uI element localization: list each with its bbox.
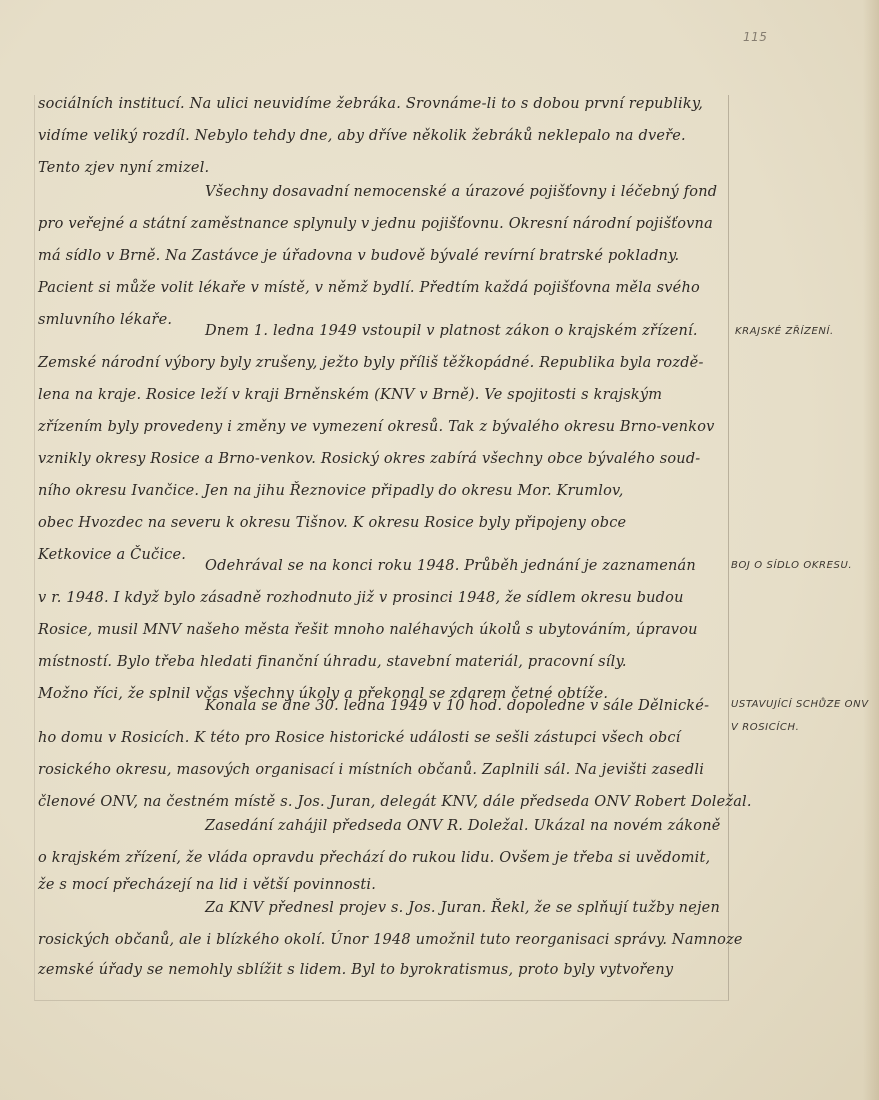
chronicle-page: 115 sociálních institucí. Na ulici neuvi…	[0, 0, 879, 1100]
handwritten-line: zřízením byly provedeny i změny ve vymez…	[38, 419, 715, 435]
handwritten-line: Zemské národní výbory byly zrušeny, ježt…	[38, 355, 704, 371]
margin-note: Krajské zřízení.	[735, 326, 834, 337]
handwritten-line: členové ONV, na čestném místě s. Jos. Ju…	[38, 794, 752, 810]
handwritten-line: smluvního lékaře.	[38, 312, 172, 328]
handwritten-line: Všechny dosavadní nemocenské a úrazové p…	[205, 184, 717, 200]
margin-note: v Rosicích.	[731, 722, 799, 733]
handwritten-line: že s mocí přecházejí na lid i větší povi…	[38, 877, 376, 893]
page-number: 115	[743, 30, 767, 44]
handwritten-line: o krajském zřízení, že vláda opravdu pře…	[38, 850, 710, 866]
handwritten-line: Dnem 1. ledna 1949 vstoupil v platnost z…	[205, 323, 698, 339]
handwritten-line: sociálních institucí. Na ulici neuvidíme…	[38, 96, 703, 112]
handwritten-line: Pacient si může volit lékaře v místě, v …	[38, 280, 700, 296]
handwritten-line: Odehrával se na konci roku 1948. Průběh …	[205, 558, 696, 574]
handwritten-line: rosických občanů, ale i blízkého okolí. …	[38, 932, 743, 948]
handwritten-line: vidíme veliký rozdíl. Nebylo tehdy dne, …	[38, 128, 686, 144]
handwritten-line: vznikly okresy Rosice a Brno-venkov. Ros…	[38, 451, 700, 467]
margin-note: Ustavující schůze ONV	[731, 699, 869, 710]
handwritten-line: rosického okresu, masových organisací i …	[38, 762, 704, 778]
handwritten-line: má sídlo v Brně. Na Zastávce je úřadovna…	[38, 248, 679, 264]
handwritten-line: Rosice, musil MNV našeho města řešit mno…	[38, 622, 698, 638]
margin-note: Boj o sídlo okresu.	[731, 560, 852, 571]
handwritten-line: ního okresu Ivančice. Jen na jihu Řeznov…	[38, 483, 624, 499]
handwritten-line: pro veřejné a státní zaměstnance splynul…	[38, 216, 713, 232]
handwritten-line: obec Hvozdec na severu k okresu Tišnov. …	[38, 515, 626, 531]
page-edge-shadow	[863, 0, 879, 1100]
handwritten-line: Ketkovice a Čučice.	[38, 547, 186, 563]
handwritten-line: v r. 1948. I když bylo zásadně rozhodnut…	[38, 590, 684, 606]
handwritten-line: zemské úřady se nemohly sblížit s lidem.…	[38, 962, 673, 978]
handwritten-line: Za KNV přednesl projev s. Jos. Juran. Ře…	[205, 900, 720, 916]
handwritten-line: Tento zjev nyní zmizel.	[38, 160, 209, 176]
handwritten-line: ho domu v Rosicích. K této pro Rosice hi…	[38, 730, 681, 746]
handwritten-line: Zasedání zahájil předseda ONV R. Doležal…	[205, 818, 721, 834]
handwritten-line: Konala se dne 30. ledna 1949 v 10 hod. d…	[205, 698, 709, 714]
handwritten-line: místností. Bylo třeba hledati finanční ú…	[38, 654, 627, 670]
handwritten-line: lena na kraje. Rosice leží v kraji Brněn…	[38, 387, 662, 403]
